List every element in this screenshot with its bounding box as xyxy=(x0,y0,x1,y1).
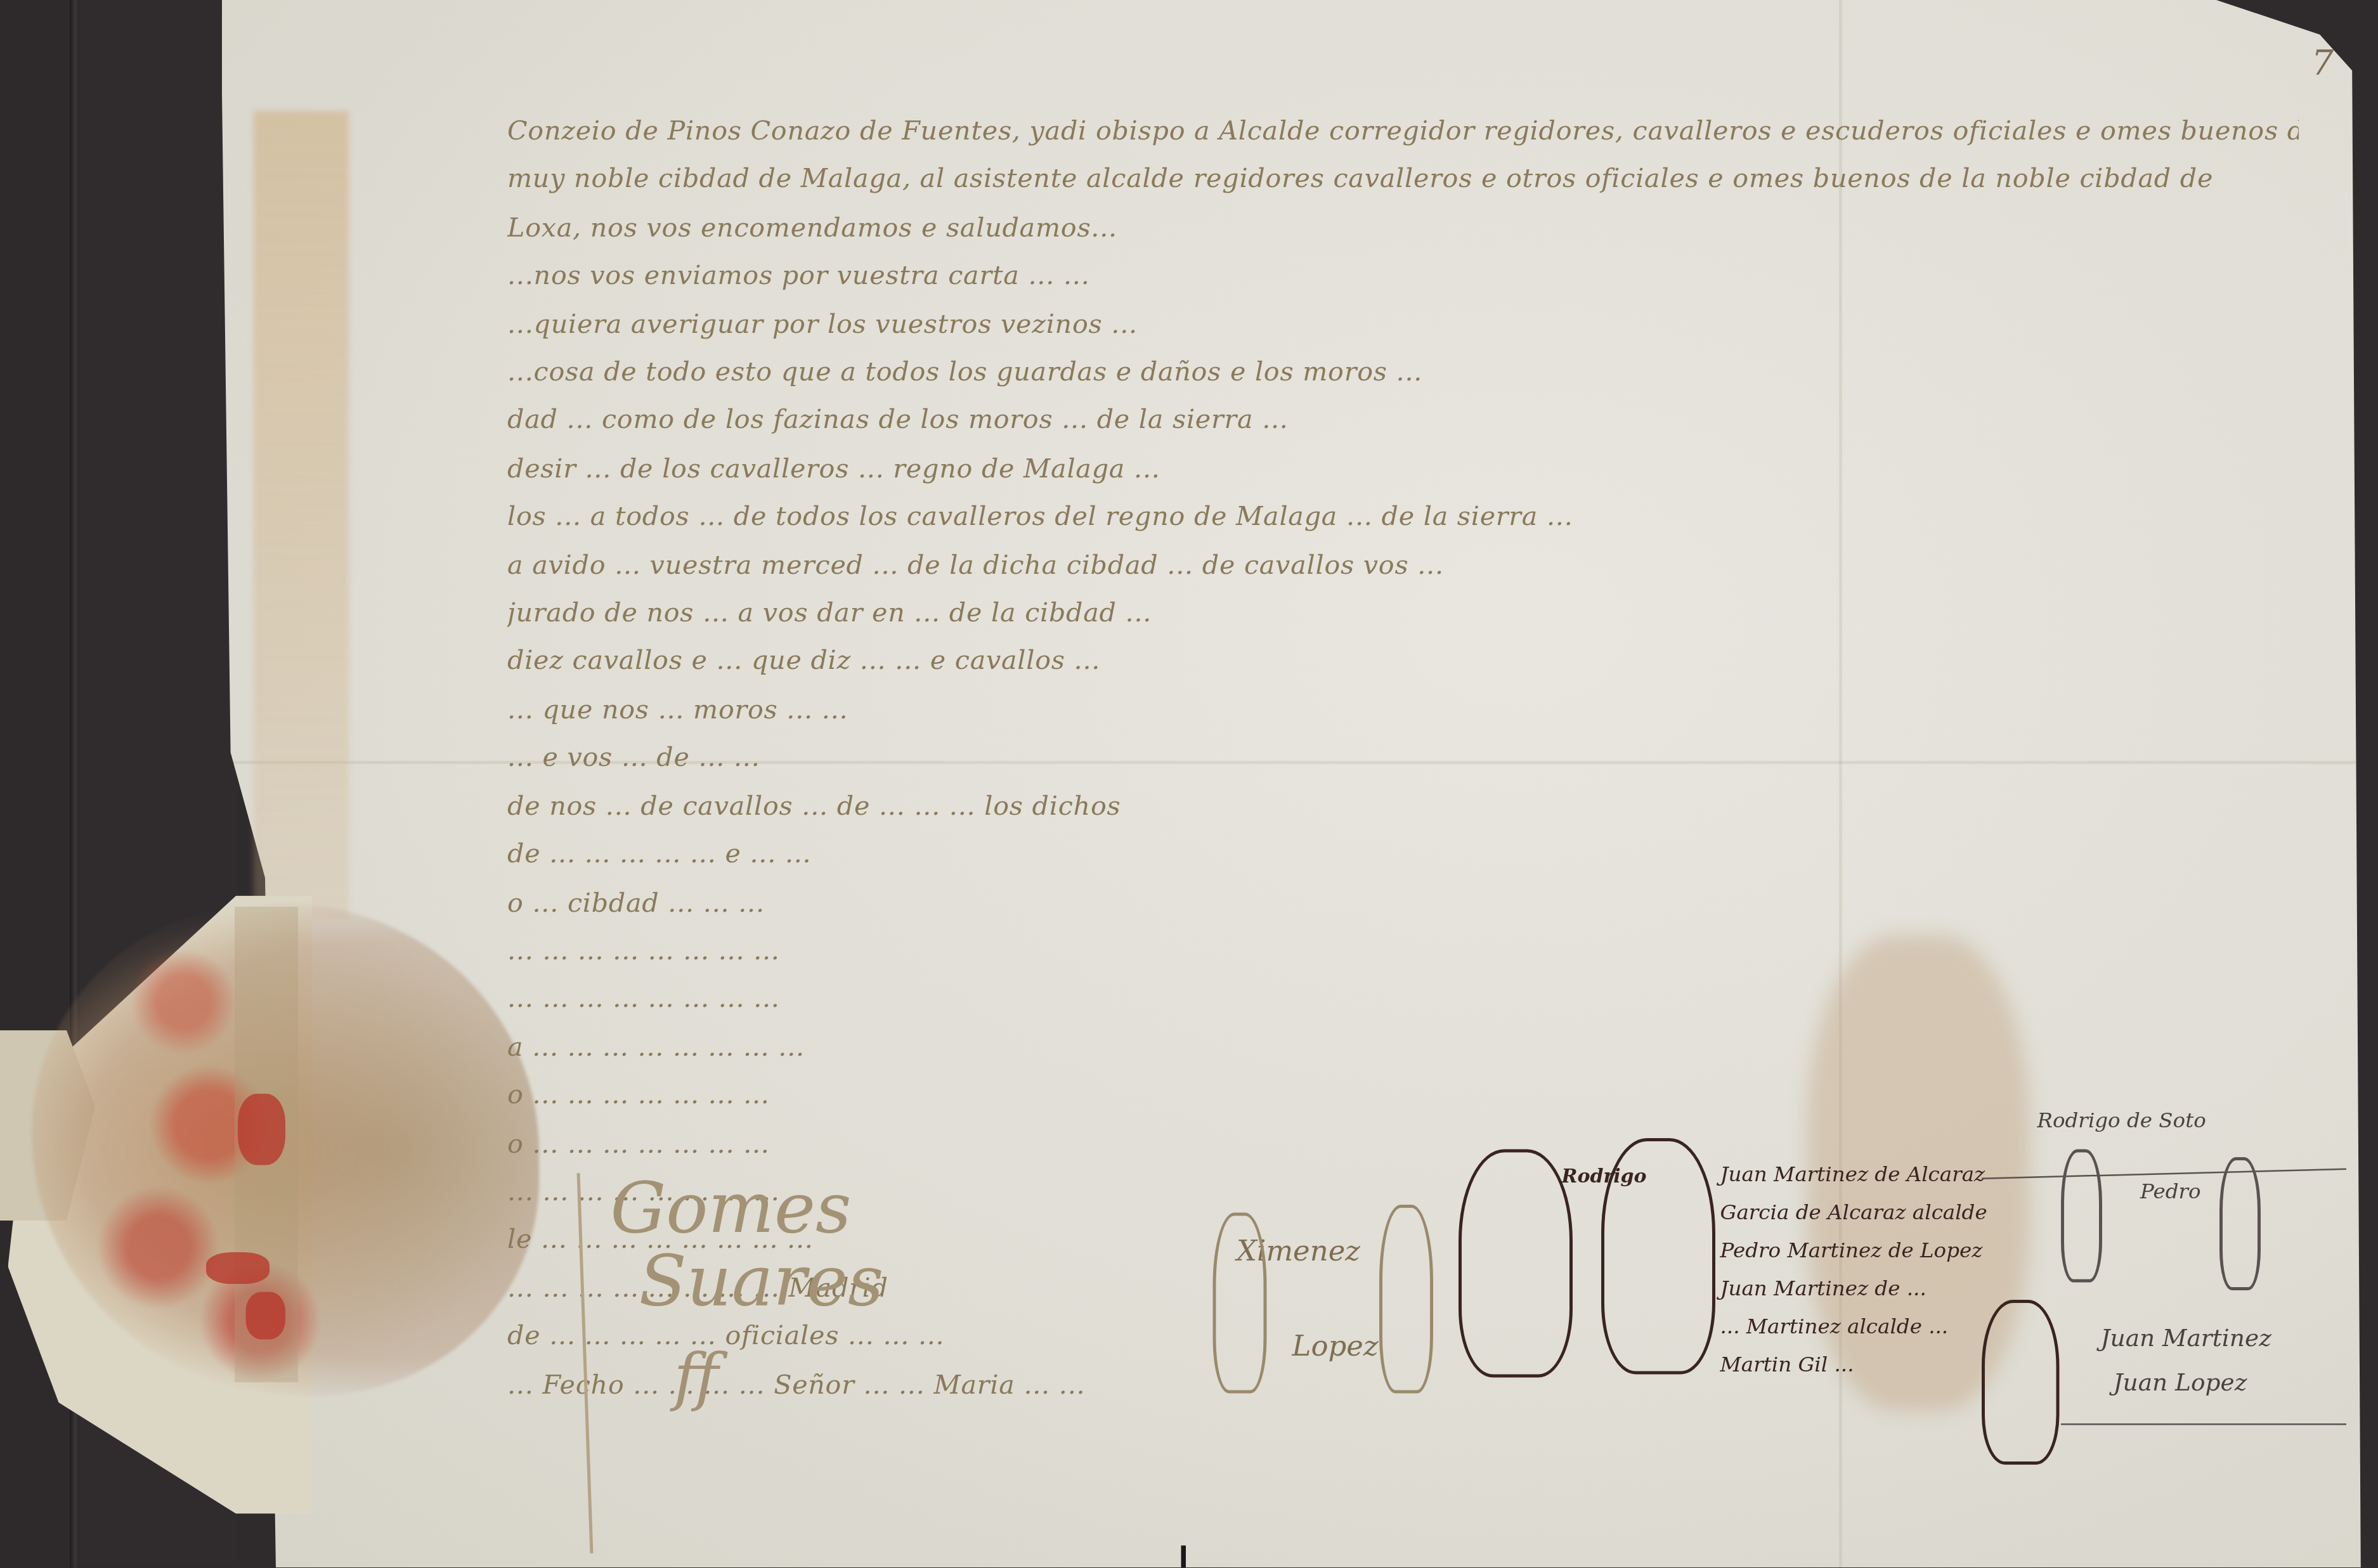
signature-line: Gomes xyxy=(611,1173,884,1246)
text-line: ...nos vos enviamos por vuestra carta ..… xyxy=(507,252,2299,301)
signature-line: Pedro Martinez de Lopez xyxy=(1720,1233,1987,1271)
signature-pedro: Pedro xyxy=(2140,1181,2201,1205)
rubric-flourish xyxy=(1459,1150,1573,1378)
signature-block-alcaldes: Juan Martinez de Alcaraz Garcia de Alcar… xyxy=(1720,1157,1987,1385)
text-line: Conzeio de Pinos Conazo de Fuentes, yadi… xyxy=(507,108,2299,156)
signature-juan-martinez: Juan Martinez Juan Lopez xyxy=(2101,1316,2271,1404)
signature-line: Juan Lopez xyxy=(2101,1360,2271,1404)
signature-rodrigo-de-soto: Rodrigo de Soto xyxy=(2037,1110,2206,1134)
rubric-flourish xyxy=(2219,1157,2261,1290)
signature-line: ... Martinez alcalde ... xyxy=(1720,1309,1987,1347)
text-line: a avido ... vuestra merced ... de la dic… xyxy=(507,541,2299,590)
text-line: Loxa, nos vos encomendamos e saludamos..… xyxy=(507,204,2299,252)
text-line: dad ... como de los fazinas de los moros… xyxy=(507,397,2299,445)
signature-line: Suares xyxy=(611,1246,884,1319)
signature-flourish: ff xyxy=(611,1341,884,1414)
margin-stain xyxy=(254,111,349,919)
text-line: de nos ... de cavallos ... de ... ... ..… xyxy=(507,782,2299,831)
signature-line: Ximenez xyxy=(1173,1205,1379,1300)
text-line: ...quiera averiguar por los vuestros vez… xyxy=(507,301,2299,349)
manuscript-scan: 7 Conzeio de Pinos Conazo de Fuentes, ya… xyxy=(0,0,2378,1567)
text-line: ... ... ... ... ... ... ... ... xyxy=(507,975,2299,1023)
signature-line: Juan Martinez de ... xyxy=(1720,1271,1987,1309)
signature-line: Lopez xyxy=(1173,1300,1379,1395)
text-line: o ... ... ... ... ... ... ... xyxy=(507,1072,2299,1120)
text-line: ...cosa de todo esto que a todos los gua… xyxy=(507,349,2299,397)
rubric-flourish xyxy=(2061,1150,2102,1283)
text-line: o ... cibdad ... ... ... xyxy=(507,879,2299,927)
signature-line: Juan Martinez xyxy=(2101,1316,2271,1360)
text-line: ... e vos ... de ... ... xyxy=(507,734,2299,782)
text-line: desir ... de los cavalleros ... regno de… xyxy=(507,445,2299,493)
rubric-flourish xyxy=(1379,1205,1433,1394)
text-line: ... que nos ... moros ... ... xyxy=(507,686,2299,734)
signature-line: Garcia de Alcaraz alcalde xyxy=(1720,1195,1987,1233)
text-line: o ... ... ... ... ... ... ... xyxy=(507,1120,2299,1168)
text-line: ... ... ... ... ... ... ... ... xyxy=(507,927,2299,975)
wax-fragment xyxy=(238,1094,285,1165)
rubric-flourish xyxy=(1982,1300,2060,1465)
text-line: los ... a todos ... de todos los cavalle… xyxy=(507,493,2299,541)
rubric-flourish xyxy=(1213,1213,1267,1394)
text-line: de ... ... ... ... ... e ... ... xyxy=(507,831,2299,879)
folio-number: 7 xyxy=(2311,44,2334,84)
signature-rule xyxy=(2061,1423,2346,1425)
text-line: muy noble cibdad de Malaga, al asistente… xyxy=(507,156,2299,204)
text-line: diez cavallos e ... que diz ... ... e ca… xyxy=(507,638,2299,686)
signature-rodrigo: Rodrigo xyxy=(1562,1165,1647,1188)
signature-ximenez-lopez: Ximenez Lopez xyxy=(1173,1205,1379,1395)
signature-gomes-suares: Gomes Suares ff xyxy=(611,1173,884,1414)
scan-marker xyxy=(1181,1546,1186,1568)
signature-line: Martin Gil ... xyxy=(1720,1347,1987,1385)
wax-fragment xyxy=(206,1252,270,1284)
wax-fragment xyxy=(246,1292,286,1340)
text-line: jurado de nos ... a vos dar en ... de la… xyxy=(507,590,2299,638)
signature-line: Juan Martinez de Alcaraz xyxy=(1720,1157,1987,1195)
text-line: a ... ... ... ... ... ... ... ... xyxy=(507,1023,2299,1072)
